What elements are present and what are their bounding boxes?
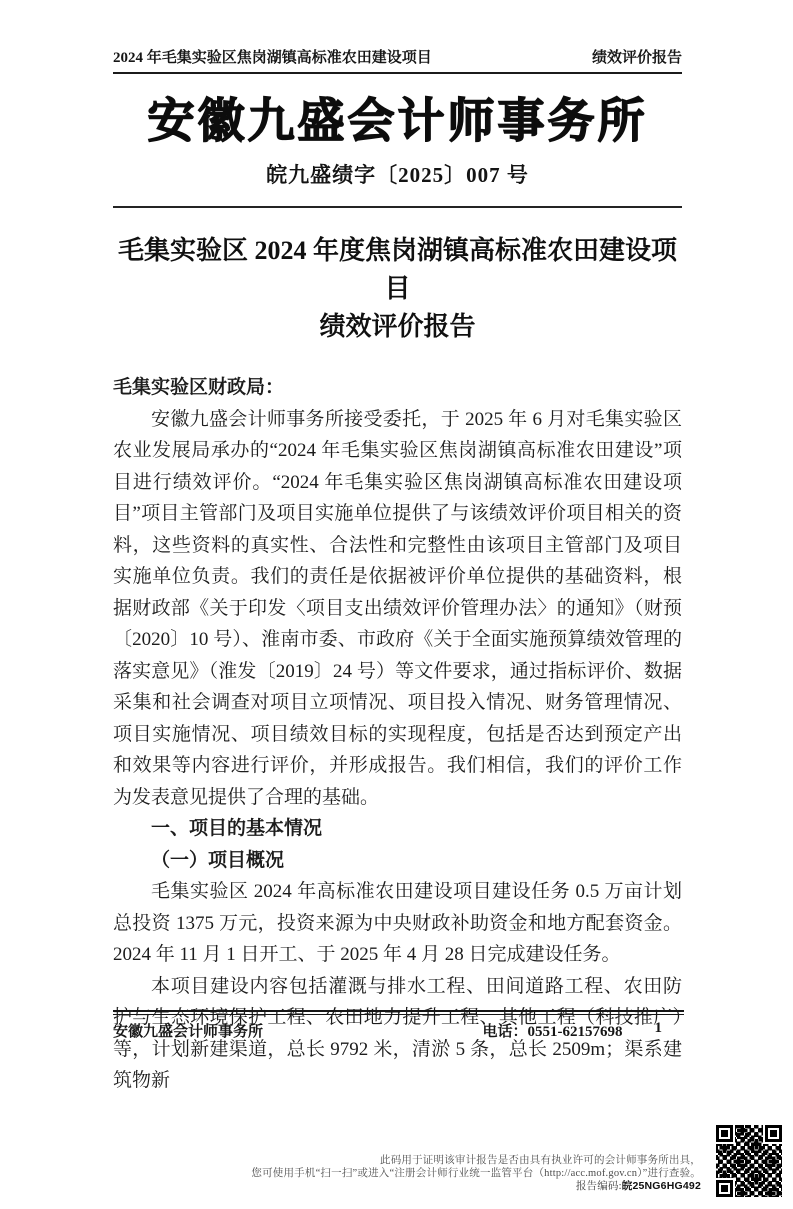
- report-title: 毛集实验区 2024 年度焦岗湖镇高标准农田建设项目 绩效评价报告: [113, 232, 682, 346]
- running-head: 2024 年毛集实验区焦岗湖镇高标准农田建设项目 绩效评价报告: [113, 46, 682, 74]
- footer-divider: [113, 1010, 684, 1015]
- salutation: 毛集实验区财政局：: [113, 372, 682, 404]
- verification-line2: 您可使用手机“扫一扫”或进入“注册会计师行业统一监管平台（http://acc.…: [231, 1168, 701, 1181]
- report-title-line2: 绩效评价报告: [113, 308, 682, 346]
- page-number: 1: [655, 1020, 663, 1041]
- letterhead-firm-name: 安徽九盛会计师事务所: [113, 92, 682, 152]
- page-footer: 安徽九盛会计师事务所 电话：0551-62157698 1: [113, 1010, 684, 1041]
- qr-finder-top-right: [765, 1125, 782, 1142]
- running-head-project: 2024 年毛集实验区焦岗湖镇高标准农田建设项目: [113, 46, 432, 67]
- footer-phone: 电话：0551-62157698: [483, 1020, 623, 1041]
- report-code: 报告编码:皖25NG6HG492: [231, 1180, 701, 1194]
- document-number: 皖九盛绩字〔2025〕007 号: [113, 160, 682, 208]
- section-heading-1: 一、项目的基本情况: [113, 813, 682, 845]
- running-head-doc-type: 绩效评价报告: [592, 46, 682, 67]
- report-page: 2024 年毛集实验区焦岗湖镇高标准农田建设项目 绩效评价报告 安徽九盛会计师事…: [0, 0, 793, 1209]
- verification-line1: 此码用于证明该审计报告是否由具有执业许可的会计师事务所出具，: [231, 1155, 701, 1168]
- report-code-label: 报告编码:: [576, 1181, 622, 1192]
- report-code-value: 皖25NG6HG492: [622, 1180, 701, 1192]
- qr-finder-top-left: [716, 1125, 733, 1142]
- qr-code-icon: [713, 1122, 785, 1200]
- report-title-line1: 毛集实验区 2024 年度焦岗湖镇高标准农田建设项目: [113, 232, 682, 308]
- verification-note: 此码用于证明该审计报告是否由具有执业许可的会计师事务所出具， 您可使用手机“扫一…: [231, 1155, 701, 1194]
- section-heading-1-1: （一）项目概况: [113, 845, 682, 877]
- paragraph-engagement: 安徽九盛会计师事务所接受委托，于 2025 年 6 月对毛集实验区农业发展局承办…: [113, 404, 682, 814]
- paragraph-project-overview: 毛集实验区 2024 年高标准农田建设项目建设任务 0.5 万亩计划总投资 13…: [113, 876, 682, 971]
- qr-finder-bottom-left: [716, 1180, 733, 1197]
- report-body: 毛集实验区财政局： 安徽九盛会计师事务所接受委托，于 2025 年 6 月对毛集…: [113, 372, 682, 1097]
- footer-firm-name: 安徽九盛会计师事务所: [113, 1020, 263, 1041]
